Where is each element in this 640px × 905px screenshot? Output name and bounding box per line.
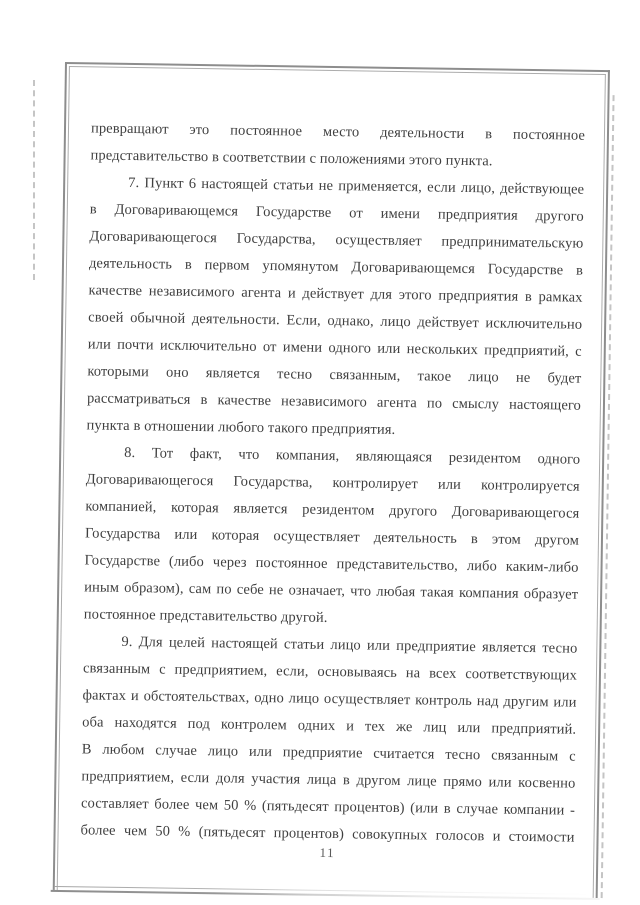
- paragraph: 8. Тот факт, что компания, являющаяся ре…: [84, 439, 581, 635]
- scanned-document-screenshot: { "colors": { "frame_outer": "#8d8d8d", …: [0, 0, 640, 905]
- paragraph: 9. Для целей настоящей статьи лицо или п…: [80, 628, 577, 851]
- paragraph: превращают это постоянное место деятельн…: [90, 115, 585, 176]
- text-block: превращают это постоянное место деятельн…: [80, 115, 585, 851]
- paragraph: 7. Пункт 6 настоящей статьи не применяет…: [86, 169, 584, 446]
- scan-noise-left-edge: [33, 80, 35, 280]
- document-page: превращают это постоянное место деятельн…: [53, 62, 610, 898]
